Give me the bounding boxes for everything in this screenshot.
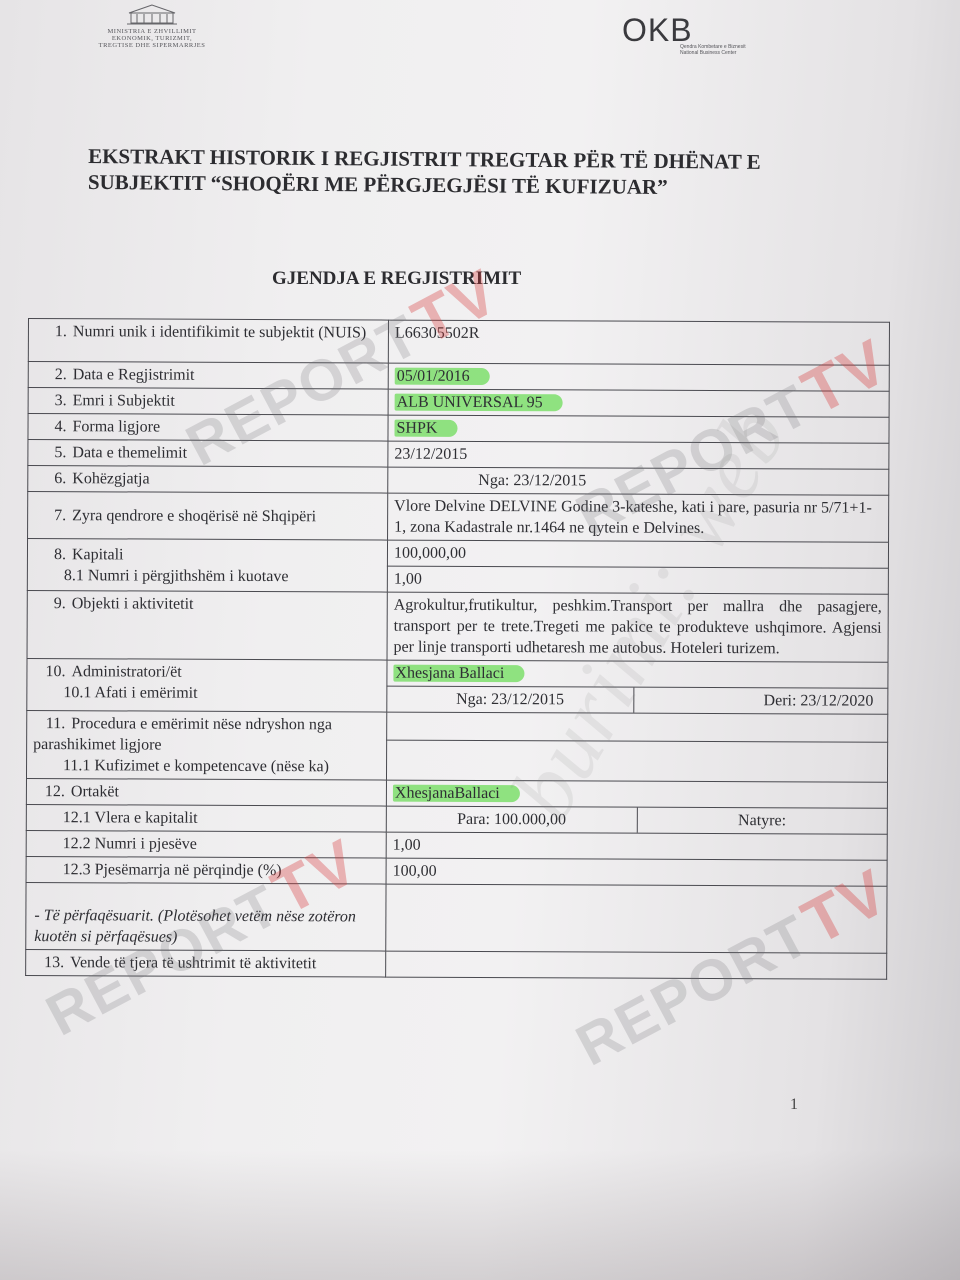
row-number: 12.2 [63, 835, 91, 852]
table-row: 12.3 Pjesëmarrja në përqindje (%) 100,00 [26, 856, 887, 886]
ministry-line: Tregtise dhe Sipermarrjes [72, 42, 232, 49]
row-label: Kohëzgjatja [72, 470, 149, 487]
row-number: 10. [43, 661, 65, 682]
table-row: 3.Emri i Subjektit ALB UNIVERSAL 95 [28, 388, 889, 418]
ministry-header: Ministria e Zhvillimit Ekonomik, Turizmi… [72, 4, 232, 49]
row-number: 8. [44, 544, 66, 565]
row-label: Kufizimet e kompetencave (nëse ka) [94, 757, 329, 775]
table-row: 4.Forma ligjore SHPK [28, 414, 889, 444]
okb-logo: OKB Qendra Kombetare e Biznesit National… [622, 14, 762, 46]
row-number: 12.1 [63, 809, 91, 826]
row-label: Objekti i aktivitetit [72, 595, 194, 613]
table-row: 8.Kapitali8.1 Numri i përgjithshëm i kuo… [27, 539, 888, 569]
representatives-label: - Të përfaqësuarit. (Plotësohet vetëm në… [34, 907, 356, 946]
row-label: Kapitali [72, 546, 124, 563]
table-row: 5.Data e themelimit 23/12/2015 [28, 440, 889, 470]
government-building-icon [125, 4, 179, 26]
row-number: 7. [44, 505, 66, 526]
registration-table: 1.Numri unik i identifikimit te subjekti… [25, 318, 890, 980]
row-label: Data e themelimit [72, 444, 187, 461]
subject-name-value: ALB UNIVERSAL 95 [395, 394, 563, 412]
row-number: 12.3 [63, 861, 91, 878]
row-label: Zyra qendrore e shoqërisë në Shqipëri [72, 507, 316, 525]
duration-value: Nga: 23/12/2015 [478, 472, 586, 489]
row-label: Numri i përgjithshëm i kuotave [88, 567, 289, 585]
row-number: 9. [44, 593, 66, 614]
appointment-from-value: Nga: 23/12/2015 [456, 691, 564, 708]
row-label: Data e Regjistrimit [73, 366, 195, 384]
ministry-line: Ekonomik, Turizmit, [72, 35, 232, 42]
table-row: 10.Administratori/ët10.1 Afati i emërimi… [27, 658, 888, 688]
shares-count-value: 1,00 [393, 837, 421, 854]
document-title: EKSTRAKT HISTORIK I REGJISTRIT TREGTAR P… [88, 143, 788, 201]
registration-date-value: 05/01/2016 [395, 368, 490, 385]
table-row: 12.1 Vlera e kapitalit Para: 100.000,00N… [26, 804, 887, 834]
nuis-value: L66305502R [395, 325, 480, 342]
table-row: 11.Procedura e emërimit nëse ndryshon ng… [27, 710, 888, 742]
row-number: 8.1 [64, 567, 84, 584]
row-number: 2. [45, 364, 67, 385]
okb-logo-text: OKB [622, 14, 762, 46]
table-row: 7.Zyra qendrore e shoqërisë në Shqipëri … [28, 492, 889, 543]
row-number: 4. [44, 416, 66, 437]
table-row: 9.Objekti i aktivitetit Agrokultur,fruti… [27, 590, 888, 662]
row-label: Procedura e emërimit nëse ndryshon nga p… [33, 715, 332, 753]
row-number: 11. [43, 713, 65, 734]
ministry-line: Ministria e Zhvillimit [72, 28, 232, 35]
headquarters-value: Vlore Delvine DELVINE Godine 3-kateshe, … [394, 498, 872, 537]
activity-value: Agrokultur,frutikultur, peshkim.Transpor… [394, 597, 882, 658]
legal-form-value: SHPK [394, 420, 457, 437]
row-label: Numri unik i identifikimit te subjektit … [73, 323, 366, 341]
okb-subtitle-line: National Business Center [680, 50, 770, 56]
row-label: Administratori/ët [71, 663, 181, 680]
table-row: 13.Vende të tjera të ushtrimit të aktivi… [26, 949, 887, 979]
row-number: 10.1 [63, 684, 91, 701]
quota-count-value: 1,00 [394, 571, 422, 588]
row-number: 5. [44, 442, 66, 463]
row-label: Vlera e kapitalit [95, 809, 198, 826]
capital-kind-value: Natyre: [738, 812, 786, 829]
administrator-value: Xhesjana Ballaci [393, 665, 524, 683]
row-label: Ortakët [71, 783, 119, 800]
row-label: Forma ligjore [72, 418, 160, 435]
row-number: 3. [45, 390, 67, 411]
table-row: 12.2 Numri i pjesëve 1,00 [26, 830, 887, 860]
capital-cash-value: Para: 100.000,00 [457, 811, 566, 828]
row-number: 12. [43, 781, 65, 802]
row-label: Afati i emërimit [94, 684, 197, 701]
row-number: 11.1 [63, 757, 90, 774]
page-number: 1 [790, 1096, 798, 1114]
section-title: GJENDJA E REGJISTRIMIT [272, 268, 521, 290]
table-row: - Të përfaqësuarit. (Plotësohet vetëm në… [26, 882, 887, 953]
founding-date-value: 23/12/2015 [394, 446, 467, 463]
capital-value: 100,000,00 [394, 545, 466, 562]
row-label: Numri i pjesëve [95, 835, 197, 852]
row-label: Vende të tjera të ushtrimit të aktivitet… [70, 954, 316, 972]
table-row: 1.Numri unik i identifikimit te subjekti… [28, 319, 889, 366]
row-label: Emri i Subjektit [73, 392, 175, 409]
row-number: 6. [44, 468, 66, 489]
row-label: Pjesëmarrja në përqindje (%) [95, 861, 282, 879]
shadow-overlay [0, 1150, 960, 1280]
table-row: 2.Data e Regjistrimit 05/01/2016 [28, 362, 889, 392]
row-number: 13. [42, 952, 64, 973]
percentage-value: 100,00 [393, 863, 437, 880]
partners-value: XhesjanaBallaci [393, 785, 520, 803]
table-row: 6.Kohëzgjatja Nga: 23/12/2015 [28, 466, 889, 496]
table-row: 12.Ortakët XhesjanaBallaci [26, 778, 887, 808]
appointment-to-value: Deri: 23/12/2020 [764, 692, 874, 709]
row-number: 1. [45, 321, 67, 342]
